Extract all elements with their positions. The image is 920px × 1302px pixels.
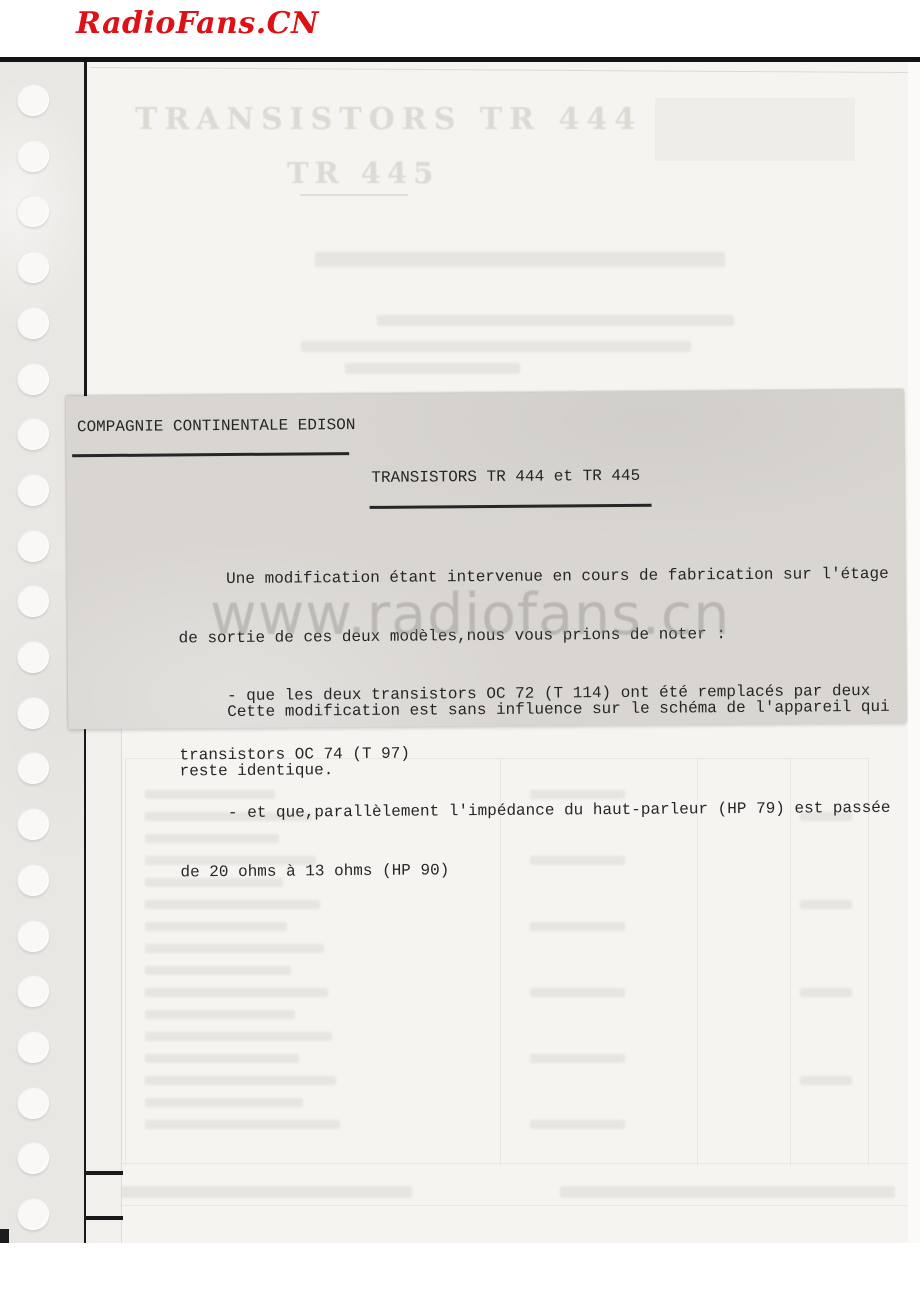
ghost-text-bar — [145, 944, 324, 953]
scan-area: TRANSISTORS TR 444 TR 445 COMPAGNIE CONT… — [0, 62, 920, 1243]
ghost-table-line — [88, 1205, 908, 1206]
ghost-title-underline — [300, 194, 408, 196]
ghost-title-line1: TRANSISTORS TR 444 — [135, 102, 642, 137]
ghost-text-bar — [145, 1054, 299, 1063]
ghost-text-bar — [145, 1120, 340, 1129]
ghost-text-bar — [145, 922, 287, 931]
ghost-text-bar — [800, 988, 852, 997]
note-subject: TRANSISTORS TR 444 et TR 445 — [371, 467, 640, 487]
note-line: reste identique. — [180, 756, 891, 781]
ghost-text-bar — [301, 341, 691, 352]
underlying-sheet-edge — [121, 728, 122, 1243]
punch-hole — [17, 530, 49, 562]
ghost-text-bar — [112, 1186, 412, 1198]
ghost-text-bar — [145, 1076, 336, 1085]
ghost-text-bar — [345, 363, 520, 374]
ghost-table-line — [88, 1163, 908, 1164]
ghost-text-bar — [145, 966, 291, 975]
ghost-text-bar — [800, 1076, 852, 1085]
company-name: COMPAGNIE CONTINENTALE EDISON — [77, 416, 356, 436]
punch-hole — [17, 251, 49, 283]
site-watermark: www.radiofans.cn — [210, 582, 730, 648]
punch-hole — [17, 1142, 49, 1174]
page-right-margin — [908, 62, 920, 1243]
registration-tick-upper — [84, 1171, 123, 1175]
ghost-title-line2: TR 445 — [287, 156, 439, 190]
ghost-text-bar — [145, 1098, 303, 1107]
ghost-text-bar — [560, 1186, 895, 1198]
punch-hole — [17, 1198, 49, 1230]
subject-underline — [370, 504, 652, 509]
punch-hole — [17, 307, 49, 339]
scan-corner-mark — [0, 1229, 9, 1243]
ghost-text-bar — [145, 988, 328, 997]
underlying-sheet-strip — [86, 728, 121, 1243]
ghost-text-bar — [530, 1120, 625, 1129]
ghost-text-bar — [315, 252, 725, 267]
punch-hole — [17, 474, 49, 506]
ghost-text-bar — [530, 922, 625, 931]
punch-hole — [17, 697, 49, 729]
page-edge-hairline — [90, 67, 920, 73]
company-underline — [72, 452, 349, 457]
scanned-document-page: RadioFans.CN TRANSISTORS TR 444 TR 445 C… — [0, 0, 920, 1302]
punch-hole — [17, 808, 49, 840]
punch-hole — [17, 195, 49, 227]
note-paragraph-2: Cette modification est sans influence su… — [179, 659, 891, 821]
punch-hole — [17, 1087, 49, 1119]
ghost-stamp-box — [655, 98, 855, 161]
ghost-text-bar — [530, 1054, 625, 1063]
punch-hole — [17, 975, 49, 1007]
ghost-table-line — [125, 758, 126, 1166]
ghost-text-bar — [145, 1032, 332, 1041]
note-line: de 20 ohms à 13 ohms (HP 90) — [180, 857, 891, 882]
radiofans-logo-text: RadioFans.CN — [76, 6, 319, 41]
punch-hole — [17, 84, 49, 116]
punch-hole — [17, 140, 49, 172]
ghost-text-bar — [530, 988, 625, 997]
punch-hole — [17, 864, 49, 896]
ghost-text-bar — [377, 315, 734, 326]
punch-hole — [17, 418, 49, 450]
punch-hole — [17, 641, 49, 673]
note-line: Cette modification est sans influence su… — [179, 698, 890, 723]
punch-hole — [17, 363, 49, 395]
punch-hole — [17, 920, 49, 952]
registration-tick-lower — [84, 1216, 123, 1220]
punch-hole — [17, 752, 49, 784]
punch-hole — [17, 585, 49, 617]
punch-hole — [17, 1031, 49, 1063]
ghost-text-bar — [145, 1010, 295, 1019]
typewritten-note: COMPAGNIE CONTINENTALE EDISON TRANSISTOR… — [66, 390, 907, 730]
